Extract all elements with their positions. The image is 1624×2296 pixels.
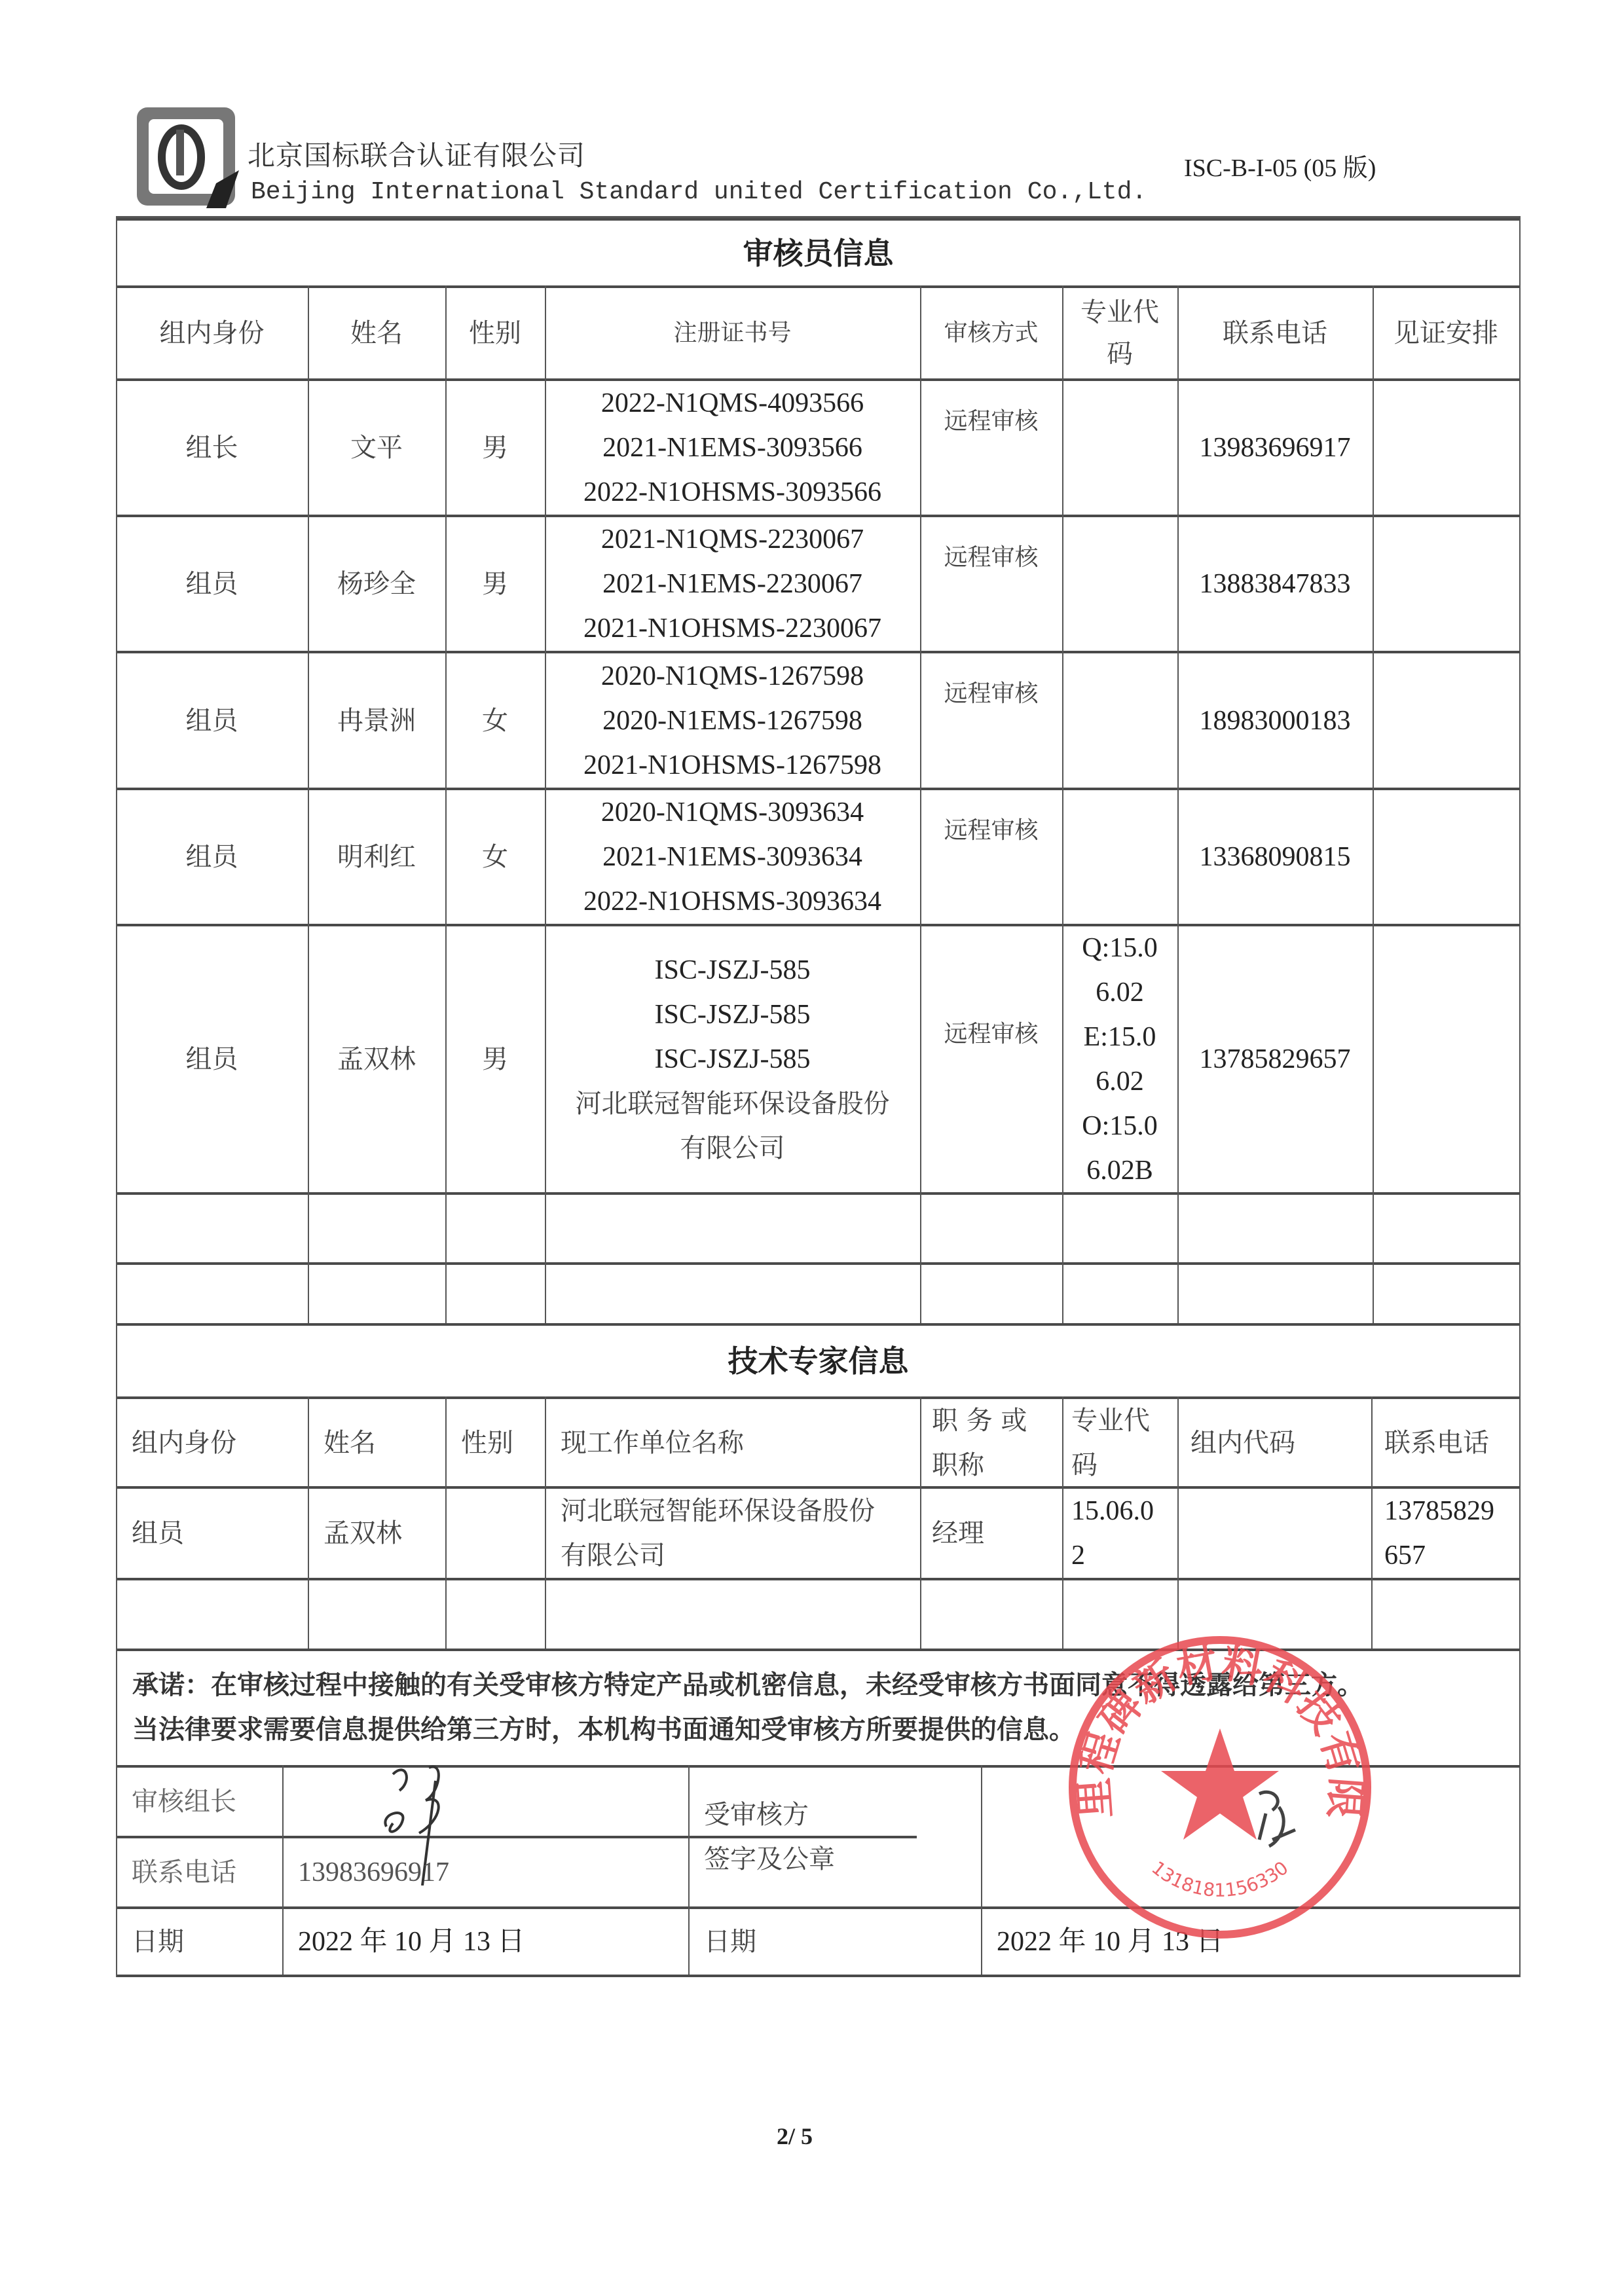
cell-gender: 男 <box>445 381 545 515</box>
cell-role: 组长 <box>116 381 308 515</box>
expert-col-header-gender: 性别 <box>445 1399 545 1486</box>
header-line: 专业代 <box>1071 1398 1150 1443</box>
col-header-phone: 联系电话 <box>1177 288 1373 378</box>
cert-ems: 2021-N1EMS-2230067 <box>583 562 881 606</box>
header-line: 职称 <box>932 1443 1027 1487</box>
employer-line: 河北联冠智能环保设备股份 <box>561 1489 875 1533</box>
col-header-gender: 性别 <box>445 288 545 378</box>
cell-phone: 13785829657 <box>1177 926 1373 1192</box>
cell-role: 组员 <box>116 517 308 651</box>
cell-gender: 女 <box>445 790 545 924</box>
phone-line: 657 <box>1384 1533 1494 1578</box>
date-label-left: 日期 <box>116 1909 282 1975</box>
company-seal-icon: 河北里程碑新材料科技有限公司 1318181156330 <box>1063 1630 1377 1944</box>
cell-cert-numbers: ISC-JSZJ-585 ISC-JSZJ-585 ISC-JSZJ-585 河… <box>545 926 920 1192</box>
expert-col-header-title: 职 务 或 职称 <box>920 1399 1062 1486</box>
cert-ems: 2021-N1EMS-3093566 <box>583 426 881 470</box>
expert-col-header-phone: 联系电话 <box>1371 1399 1519 1486</box>
row-divider <box>116 1578 1521 1580</box>
expert-section-title: 技术专家信息 <box>116 1326 1521 1396</box>
cell-role: 组员 <box>116 926 308 1192</box>
cert-qms: 2020-N1QMS-3093634 <box>583 790 881 835</box>
company-name-en: Beijing International Standard united Ce… <box>251 178 1147 206</box>
cert-line: ISC-JSZJ-585 <box>576 993 890 1037</box>
cell-specialty-code: Q:15.0 6.02 E:15.0 6.02 O:15.0 6.02B <box>1062 926 1177 1192</box>
code-line: 6.02 <box>1082 970 1158 1015</box>
expert-col-header-name: 姓名 <box>308 1399 445 1486</box>
svg-text:1318181156330: 1318181156330 <box>1147 1857 1292 1901</box>
header-line: 码 <box>1071 1443 1150 1487</box>
cert-ohsms: 2022-N1OHSMS-3093566 <box>583 470 881 515</box>
cell-name: 明利红 <box>308 790 445 924</box>
code-line: E:15.0 <box>1082 1015 1158 1059</box>
employer-line: 有限公司 <box>576 1126 890 1171</box>
cell-name: 孟双林 <box>308 926 445 1192</box>
page-number: 2/ 5 <box>777 2123 813 2150</box>
cell-phone: 13785829 657 <box>1371 1489 1519 1578</box>
cell-phone: 13883847833 <box>1177 517 1373 651</box>
cert-ems: 2021-N1EMS-3093634 <box>583 835 881 879</box>
cell-method: 远程审核 <box>920 809 1062 907</box>
auditee-sign-label: 受审核方 签字及公章 <box>688 1768 981 1906</box>
cell-name: 杨珍全 <box>308 517 445 651</box>
code-line: 2 <box>1071 1533 1154 1578</box>
date-value-left: 2022 年 10 月 13 日 <box>282 1909 688 1975</box>
cert-ohsms: 2022-N1OHSMS-3093634 <box>583 879 881 924</box>
cert-ohsms: 2021-N1OHSMS-2230067 <box>583 606 881 651</box>
leader-phone: 13983696917 <box>282 1838 688 1906</box>
date-label-right: 日期 <box>688 1909 981 1975</box>
cert-qms: 2021-N1QMS-2230067 <box>583 517 881 562</box>
cell-specialty-code: 15.06.0 2 <box>1062 1489 1177 1578</box>
cell-method: 远程审核 <box>920 672 1062 770</box>
col-header-cert-no: 注册证书号 <box>545 288 920 378</box>
cell-name: 冉景洲 <box>308 653 445 788</box>
cell-gender: 女 <box>445 653 545 788</box>
employer-line: 有限公司 <box>561 1533 875 1578</box>
cell-gender: 男 <box>445 926 545 1192</box>
expert-col-header-role: 组内身份 <box>116 1399 308 1486</box>
col-header-method: 审核方式 <box>920 288 1062 378</box>
cell-method: 远程审核 <box>920 536 1062 634</box>
col-header-role: 组内身份 <box>116 288 308 378</box>
cell-method: 远程审核 <box>920 399 1062 498</box>
code-line: 6.02 <box>1082 1059 1158 1104</box>
table-border-bottom <box>116 1975 1521 1977</box>
header-line: 职 务 或 <box>932 1398 1027 1443</box>
company-name-cn: 北京国标联合认证有限公司 <box>248 134 585 173</box>
cell-method: 远程审核 <box>920 926 1062 1142</box>
phone-line: 13785829 <box>1384 1489 1494 1533</box>
label-line: 受审核方 <box>704 1793 835 1837</box>
form-number: ISC-B-I-05 (05 版) <box>1184 147 1376 183</box>
auditor-section-title: 审核员信息 <box>116 221 1521 285</box>
cell-cert-numbers: 2020-N1QMS-1267598 2020-N1EMS-1267598 20… <box>545 653 920 788</box>
label-line: 签字及公章 <box>704 1837 835 1882</box>
cell-phone: 13368090815 <box>1177 790 1373 924</box>
cert-ohsms: 2021-N1OHSMS-1267598 <box>583 743 881 788</box>
cell-role: 组员 <box>116 653 308 788</box>
code-line: 6.02B <box>1082 1148 1158 1193</box>
expert-col-header-group-code: 组内代码 <box>1177 1399 1371 1486</box>
col-divider <box>1373 285 1374 1323</box>
leader-label: 审核组长 <box>116 1768 282 1836</box>
cell-cert-numbers: 2021-N1QMS-2230067 2021-N1EMS-2230067 20… <box>545 517 920 651</box>
code-line: 15.06.0 <box>1071 1489 1154 1533</box>
cert-qms: 2020-N1QMS-1267598 <box>583 654 881 699</box>
cell-cert-numbers: 2022-N1QMS-4093566 2021-N1EMS-3093566 20… <box>545 381 920 515</box>
col-header-name: 姓名 <box>308 288 445 378</box>
cert-qms: 2022-N1QMS-4093566 <box>583 381 881 426</box>
phone-label: 联系电话 <box>116 1838 282 1906</box>
table-border-right <box>1519 218 1521 1977</box>
cell-employer: 河北联冠智能环保设备股份 有限公司 <box>545 1489 920 1578</box>
cell-title: 经理 <box>920 1489 1062 1578</box>
employer-line: 河北联冠智能环保设备股份 <box>576 1082 890 1126</box>
cert-line: ISC-JSZJ-585 <box>576 1037 890 1082</box>
row-divider <box>116 1262 1521 1265</box>
cell-name: 孟双林 <box>308 1489 445 1578</box>
cell-role: 组员 <box>116 790 308 924</box>
cert-ems: 2020-N1EMS-1267598 <box>583 699 881 743</box>
expert-col-header-specialty-code: 专业代 码 <box>1062 1399 1177 1486</box>
cell-phone: 13983696917 <box>1177 381 1373 515</box>
cell-gender: 男 <box>445 517 545 651</box>
expert-col-header-employer: 现工作单位名称 <box>545 1399 920 1486</box>
col-header-witness: 见证安排 <box>1373 288 1519 378</box>
cell-role: 组员 <box>116 1489 308 1578</box>
company-logo-icon <box>134 105 239 210</box>
cell-name: 文平 <box>308 381 445 515</box>
cert-line: ISC-JSZJ-585 <box>576 948 890 993</box>
cell-phone: 18983000183 <box>1177 653 1373 788</box>
code-line: Q:15.0 <box>1082 926 1158 970</box>
code-line: O:15.0 <box>1082 1104 1158 1148</box>
cell-cert-numbers: 2020-N1QMS-3093634 2021-N1EMS-3093634 20… <box>545 790 920 924</box>
col-header-specialty-code: 专业代码 <box>1062 288 1177 378</box>
row-divider <box>116 1192 1521 1195</box>
